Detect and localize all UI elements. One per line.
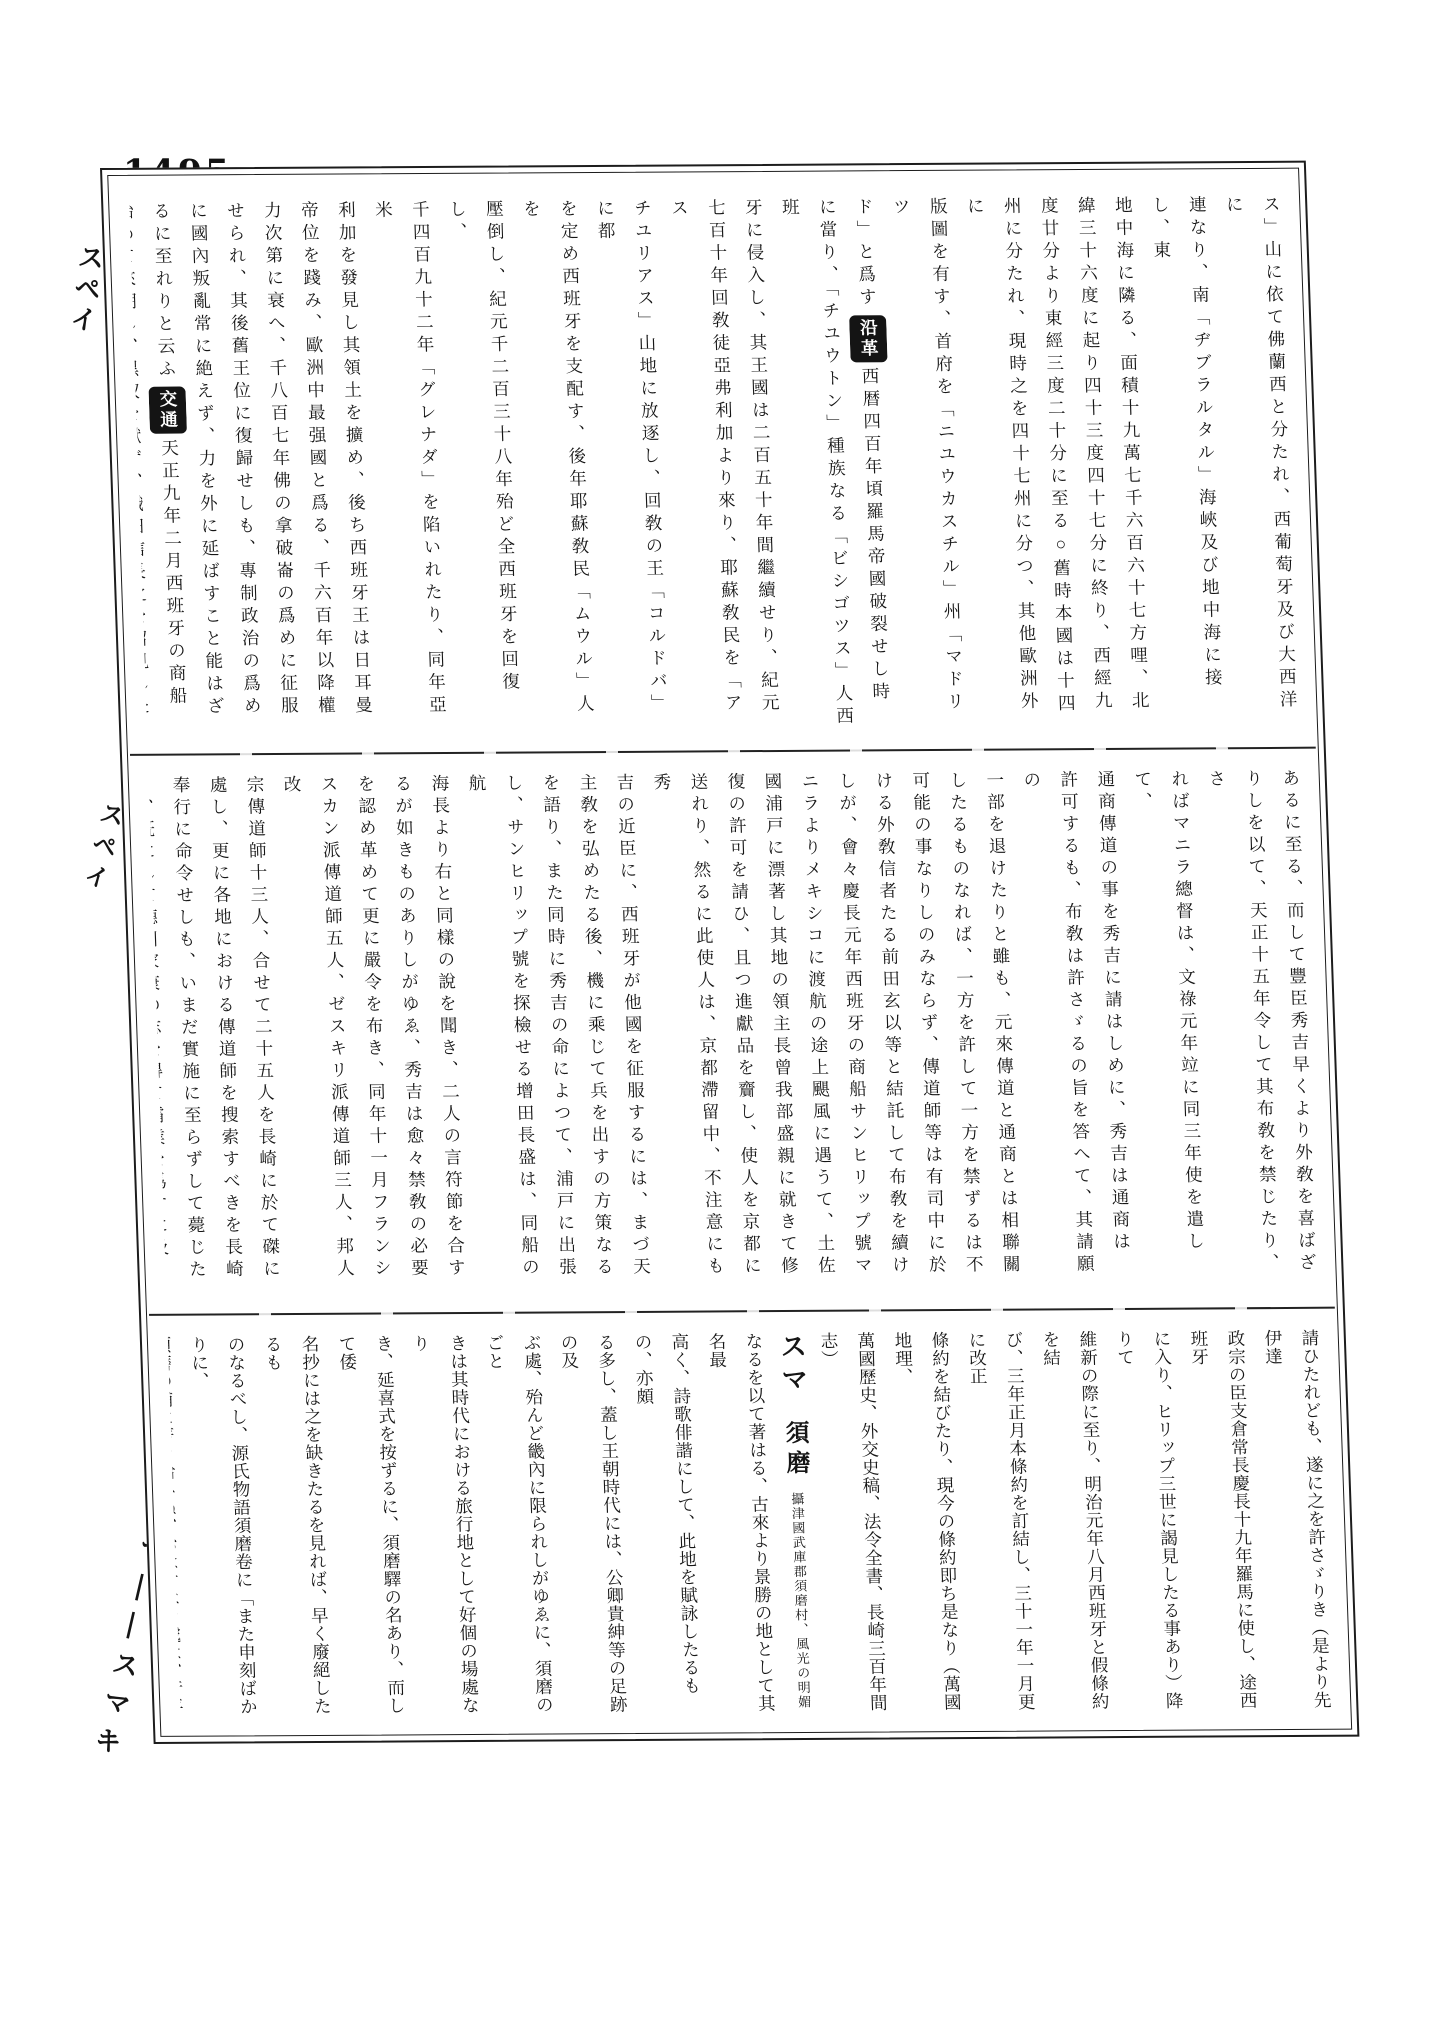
text-column: 請ひたれども、遂に之を許さゞりき（是より先伊達 (1254, 1329, 1341, 1721)
text-column: 萬國歷史、外交史稿、法令全書、長崎三百年間志） (810, 1331, 897, 1723)
section-pre-text: ド」と爲す (854, 197, 878, 310)
section-tag-enkaku: 沿革 (849, 315, 888, 362)
text-column: 名抄には之を缺きたるを見れば、早く廢絕したるも (254, 1335, 341, 1727)
headword-kanji-suma: 須磨 (781, 1420, 809, 1480)
text-column: き、延喜式を按ずるに、須磨驛の名あり、而して倭 (328, 1334, 415, 1726)
band-bottom-suma-entries: 請ひたれども、遂に之を許さゞりき（是より先伊達政宗の臣支倉常長慶長十九年羅馬に使… (168, 1329, 1341, 1728)
scanned-page-sheet: ス」山に依て佛蘭西と分たれ、西葡萄牙及び大西洋に連なり、南「ヂブラルタル」海峽及… (100, 161, 1359, 1744)
section-tag-kotsu: 交通 (148, 387, 187, 434)
headword-gloss-suma: 攝津國武庫郡須磨村、風光の明媚 (789, 1492, 811, 1710)
section-pre-text: るに至れりと云ふ (151, 202, 177, 382)
text-column: 高く、詩歌俳諧にして、此地を賦詠したるもの、亦頗 (624, 1333, 711, 1725)
text-column: る多し、蓋し王朝時代には、公卿貴紳等の足跡の及 (550, 1333, 637, 1725)
text-column: に入り、ヒリップ三世に謁見したる事あり）降りて (1106, 1330, 1193, 1722)
text-column: 條約を結びたり、現今の條約即ち是なり（萬國地理、 (884, 1331, 971, 1723)
headword-kana-suma: スマ (776, 1332, 808, 1398)
text-column: び、三年正月本條約を訂結し、三十一年一月更に改正 (958, 1331, 1045, 1723)
text-column: なるを以て著はる、古來より景勝の地として其名最 (698, 1332, 785, 1724)
band-divider-rule (149, 1307, 1335, 1316)
section-post-text: 天正九年二月西班牙の商船 (159, 439, 188, 709)
band-divider-rule (130, 747, 1316, 756)
text-column: きは其時代における旅行地として好個の場處なり (402, 1334, 489, 1726)
band-middle-spain-entry: あるに至る、而して豐臣秀吉早くより外敎を喜ばざりしを以て、天正十五年令して其布敎… (149, 769, 1327, 1300)
text-column: のなるべし、源氏物語須磨卷に「また申刻ばかりに、 (180, 1335, 267, 1727)
text-column: 維新の際に至り、明治元年八月西班牙と假條約を結 (1032, 1330, 1119, 1722)
text-column: ぶ處、殆んど畿內に限られしがゆゑに、須磨のごと (476, 1333, 563, 1725)
text-column: 政宗の臣支倉常長慶長十九年羅馬に使し、途西班牙 (1180, 1329, 1267, 1721)
band-top-spain-entry: ス」山に依て佛蘭西と分たれ、西葡萄牙及び大西洋に連なり、南「ヂブラルタル」海峽及… (129, 195, 1307, 740)
section-post-text: 西暦四百年頃羅馬帝國破裂せし時 (860, 367, 891, 705)
